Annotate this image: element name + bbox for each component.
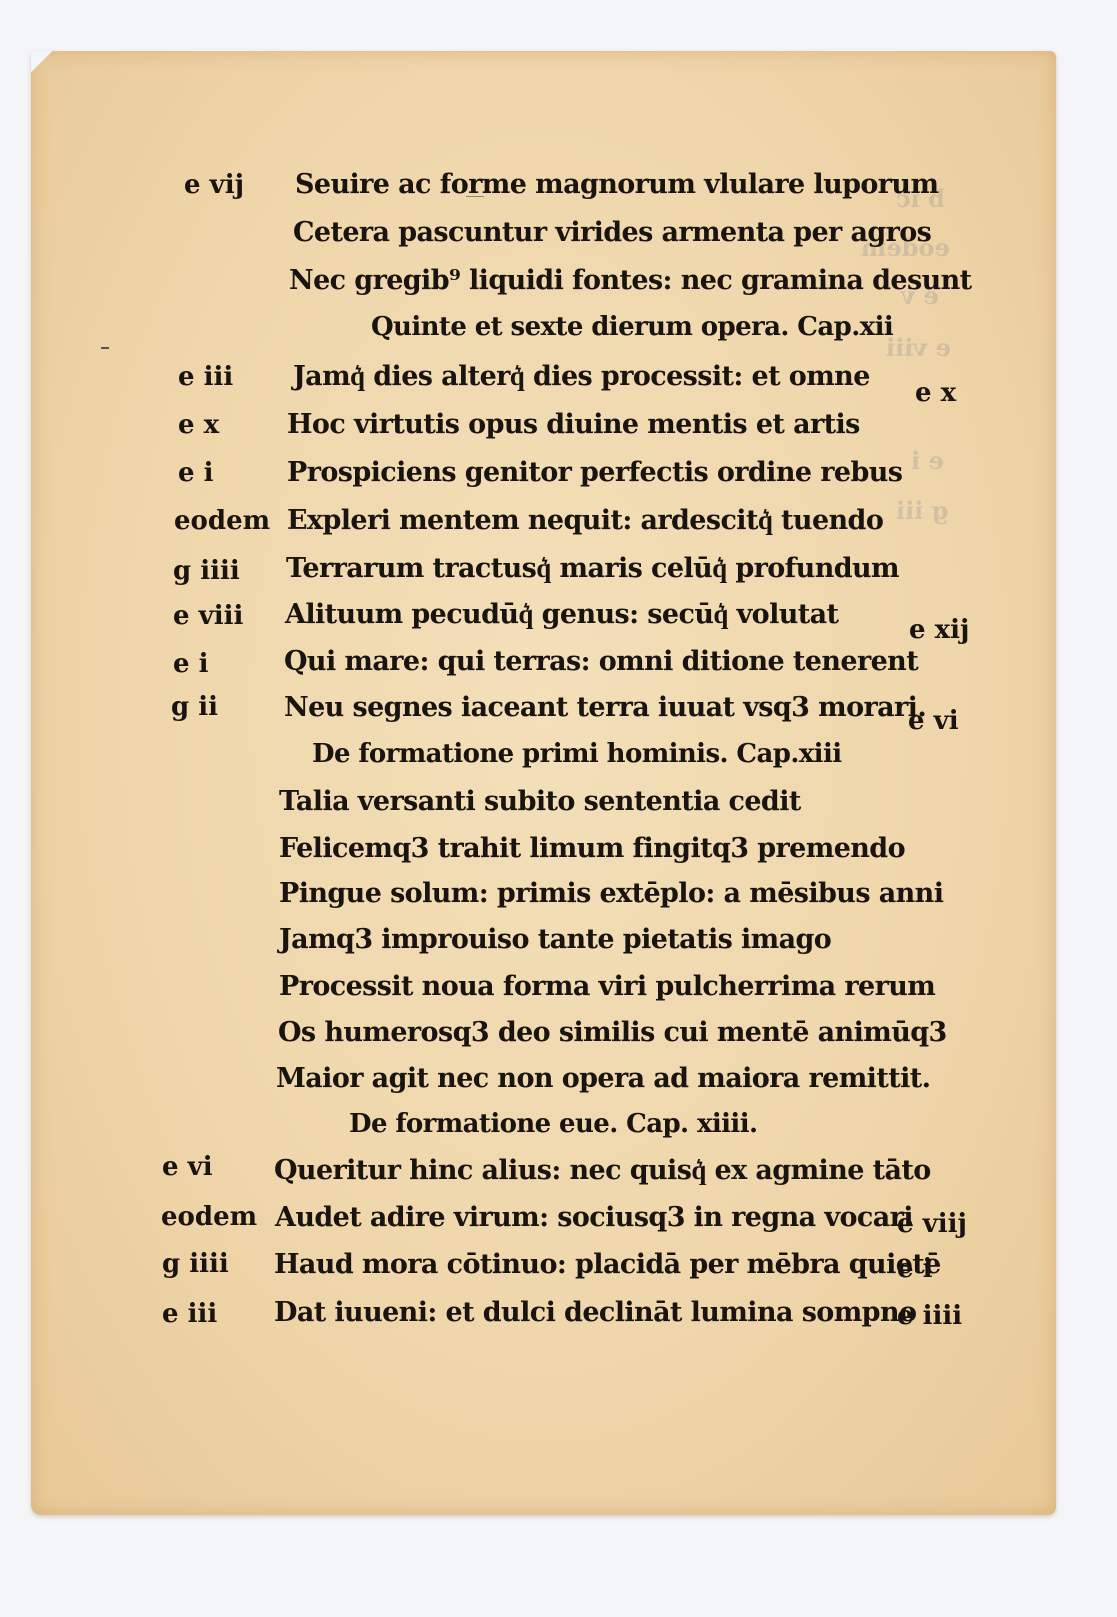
verse-line: Expleri mentem nequit: ardescitq͛ tuendo xyxy=(287,507,883,534)
verse-line: Jamq3 improuiso tante pietatis imago xyxy=(279,926,831,953)
left-signature: e i xyxy=(173,651,208,677)
verse-line: Haud mora cōtinuo: placidā per mēbra qui… xyxy=(274,1251,941,1278)
verse-line: Hoc virtutis opus diuine mentis et artis xyxy=(287,411,860,438)
right-signature: e iiii xyxy=(897,1303,962,1329)
chapter-heading: De formatione eue. Cap. xiiii. xyxy=(349,1111,757,1137)
left-signature: e vij xyxy=(184,172,244,198)
verse-line: Processit noua forma viri pulcherrima re… xyxy=(279,973,935,1000)
bleed-through-text: e i xyxy=(911,446,944,475)
margin-mark xyxy=(101,347,109,349)
left-signature: g iiii xyxy=(162,1251,229,1277)
right-signature: e viij xyxy=(897,1211,967,1237)
left-signature: eodem xyxy=(174,508,270,534)
right-signature: e i xyxy=(897,1256,932,1282)
left-signature: g iiii xyxy=(173,558,240,584)
left-signature: e iii xyxy=(162,1301,217,1327)
left-signature: g ii xyxy=(171,694,218,720)
verse-line: Neu segnes iaceant terra iuuat vsq3 mora… xyxy=(284,694,926,721)
verse-line: Prospiciens genitor perfectis ordine reb… xyxy=(287,459,902,486)
left-signature: eodem xyxy=(161,1204,257,1230)
verse-line: Audet adire virum: sociusq3 in regna voc… xyxy=(275,1204,913,1231)
bleed-through-text: g iii xyxy=(896,496,949,525)
verse-line: Jamq͛ dies alterq͛ dies processit: et om… xyxy=(293,363,870,390)
verse-line: Seuire ac forme magnorum vlulare luporum xyxy=(295,171,938,198)
left-signature: e viii xyxy=(173,603,243,629)
right-signature: e vi xyxy=(908,708,959,734)
left-signature: e i xyxy=(178,460,213,486)
left-signature: e x xyxy=(178,412,219,438)
left-signature: e iii xyxy=(178,364,233,390)
verse-line: Os humerosq3 deo similis cui mentē animū… xyxy=(278,1019,947,1046)
right-signature: e x xyxy=(915,380,956,406)
verse-line: Queritur hinc alius: nec quisq͛ ex agmin… xyxy=(274,1157,931,1184)
manuscript-page: b ic eodem e v e viii g iii e i e vij e … xyxy=(31,51,1056,1515)
verse-line: Cetera pascuntur virides armenta per agr… xyxy=(293,219,931,246)
chapter-heading: De formatione primi hominis. Cap.xiii xyxy=(312,741,842,767)
verse-line: Nec gregib⁹ liquidi fontes: nec gramina … xyxy=(289,267,972,294)
verse-line: Maior agit nec non opera ad maiora remit… xyxy=(276,1065,930,1092)
bleed-through-text: e viii xyxy=(886,333,951,362)
verse-line: Terrarum tractusq͛ maris celūq͛ profundu… xyxy=(286,555,899,582)
verse-line: Pingue solum: primis extēplo: a mēsibus … xyxy=(279,880,943,907)
verse-line: Felicemq3 trahit limum fingitq3 premendo xyxy=(279,835,905,862)
verse-line: Dat iuueni: et dulci declināt lumina som… xyxy=(274,1299,916,1326)
right-signature: e xij xyxy=(909,617,969,643)
verse-line: Qui mare: qui terras: omni ditione tener… xyxy=(284,648,918,675)
verse-line: Talia versanti subito sententia cedit xyxy=(279,788,801,815)
verse-line: Alituum pecudūq͛ genus: secūq͛ volutat xyxy=(285,601,838,628)
left-signature: e vi xyxy=(162,1154,213,1180)
chapter-heading: Quinte et sexte dierum opera. Cap.xii xyxy=(371,314,893,340)
